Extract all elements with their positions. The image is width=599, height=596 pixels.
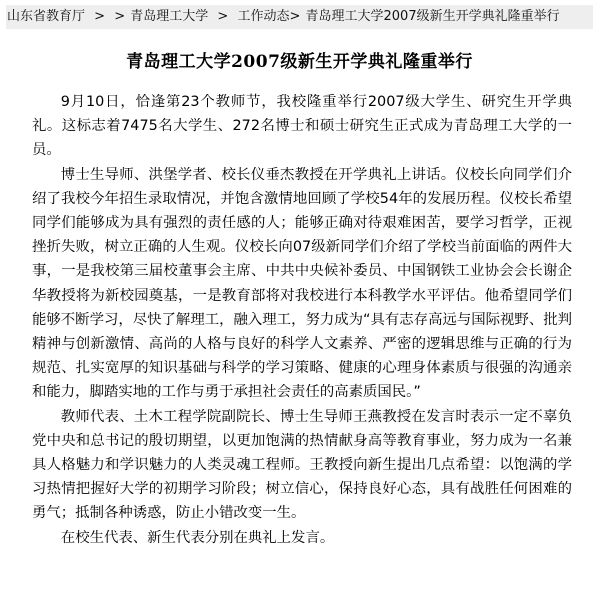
article-paragraph: 9月10日，恰逢第23个教师节，我校隆重举行2007级大学生、研究生开学典礼。这… <box>32 90 572 163</box>
article-body: 9月10日，恰逢第23个教师节，我校隆重举行2007级大学生、研究生开学典礼。这… <box>32 90 572 550</box>
breadcrumb-separator: > <box>217 9 228 24</box>
breadcrumb-link-education-department[interactable]: 山东省教育厅 <box>7 9 85 24</box>
breadcrumb: 山东省教育厅 > > 青岛理工大学 > 工作动态> 青岛理工大学2007级新生开… <box>6 5 593 29</box>
article-paragraph: 教师代表、土木工程学院副院长、博士生导师王燕教授在发言时表示一定不辜负党中央和总… <box>32 405 572 526</box>
breadcrumb-separator: > <box>114 9 125 24</box>
breadcrumb-current-page: 青岛理工大学2007级新生开学典礼隆重举行 <box>306 9 560 24</box>
article-paragraph: 博士生导师、洪堡学者、校长仪垂杰教授在开学典礼上讲话。仪校长向同学们介绍了我校今… <box>32 163 572 405</box>
breadcrumb-separator: > <box>94 9 105 24</box>
breadcrumb-separator: > <box>289 9 300 24</box>
breadcrumb-link-work-news[interactable]: 工作动态 <box>237 9 289 24</box>
article-title: 青岛理工大学2007级新生开学典礼隆重举行 <box>0 50 599 74</box>
breadcrumb-link-university[interactable]: 青岛理工大学 <box>130 9 208 24</box>
article-paragraph: 在校生代表、新生代表分别在典礼上发言。 <box>32 526 572 550</box>
